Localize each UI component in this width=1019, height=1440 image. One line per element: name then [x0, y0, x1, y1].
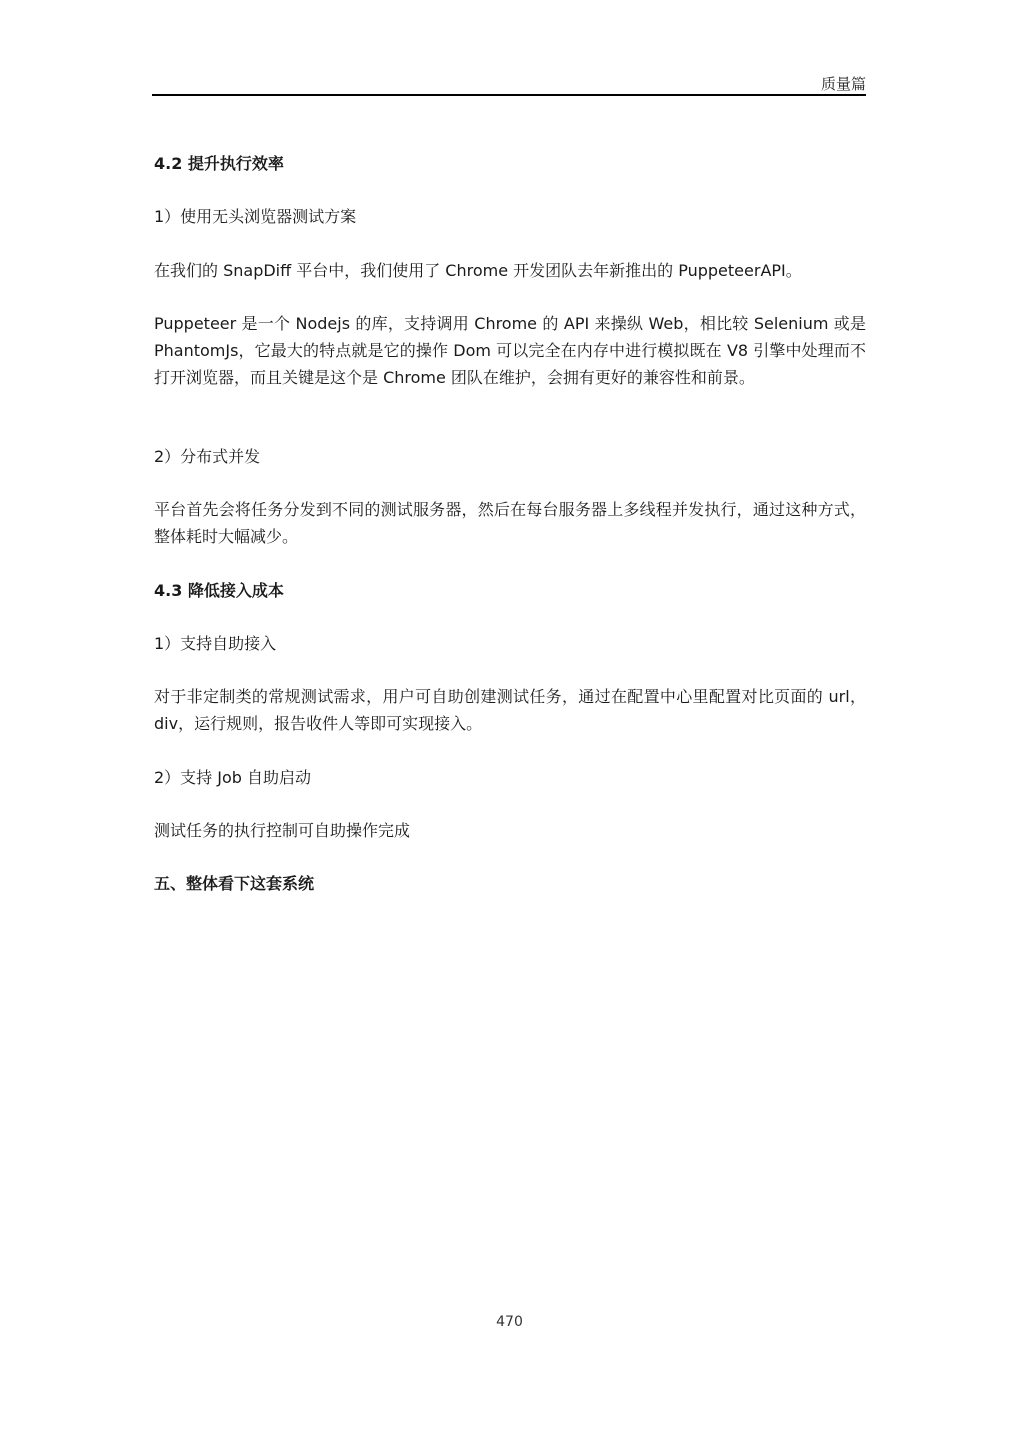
paragraph-puppeteer: Puppeteer 是一个 Nodejs 的库，支持调用 Chrome 的 AP… [154, 310, 866, 391]
subheading-self-service: 1）支持自助接入 [154, 630, 866, 657]
paragraph-job-start: 测试任务的执行控制可自助操作完成 [154, 817, 866, 844]
paragraph-distributed: 平台首先会将任务分发到不同的测试服务器，然后在每台服务器上多线程并发执行，通过这… [154, 496, 866, 550]
section-heading-4-3: 4.3 降低接入成本 [154, 577, 866, 604]
subheading-headless-browser: 1）使用无头浏览器测试方案 [154, 203, 866, 230]
paragraph-snapdiff: 在我们的 SnapDiff 平台中，我们使用了 Chrome 开发团队去年新推出… [154, 257, 866, 284]
section-heading-5: 五、整体看下这套系统 [154, 870, 866, 897]
page-header-title: 质量篇 [821, 73, 866, 94]
subheading-job-start: 2）支持 Job 自助启动 [154, 764, 866, 791]
section-heading-4-2: 4.2 提升执行效率 [154, 150, 866, 177]
subheading-distributed: 2）分布式并发 [154, 443, 866, 470]
paragraph-self-service: 对于非定制类的常规测试需求，用户可自助创建测试任务，通过在配置中心里配置对比页面… [154, 683, 866, 737]
page-number: 470 [0, 1314, 1019, 1330]
header-divider [152, 94, 866, 96]
